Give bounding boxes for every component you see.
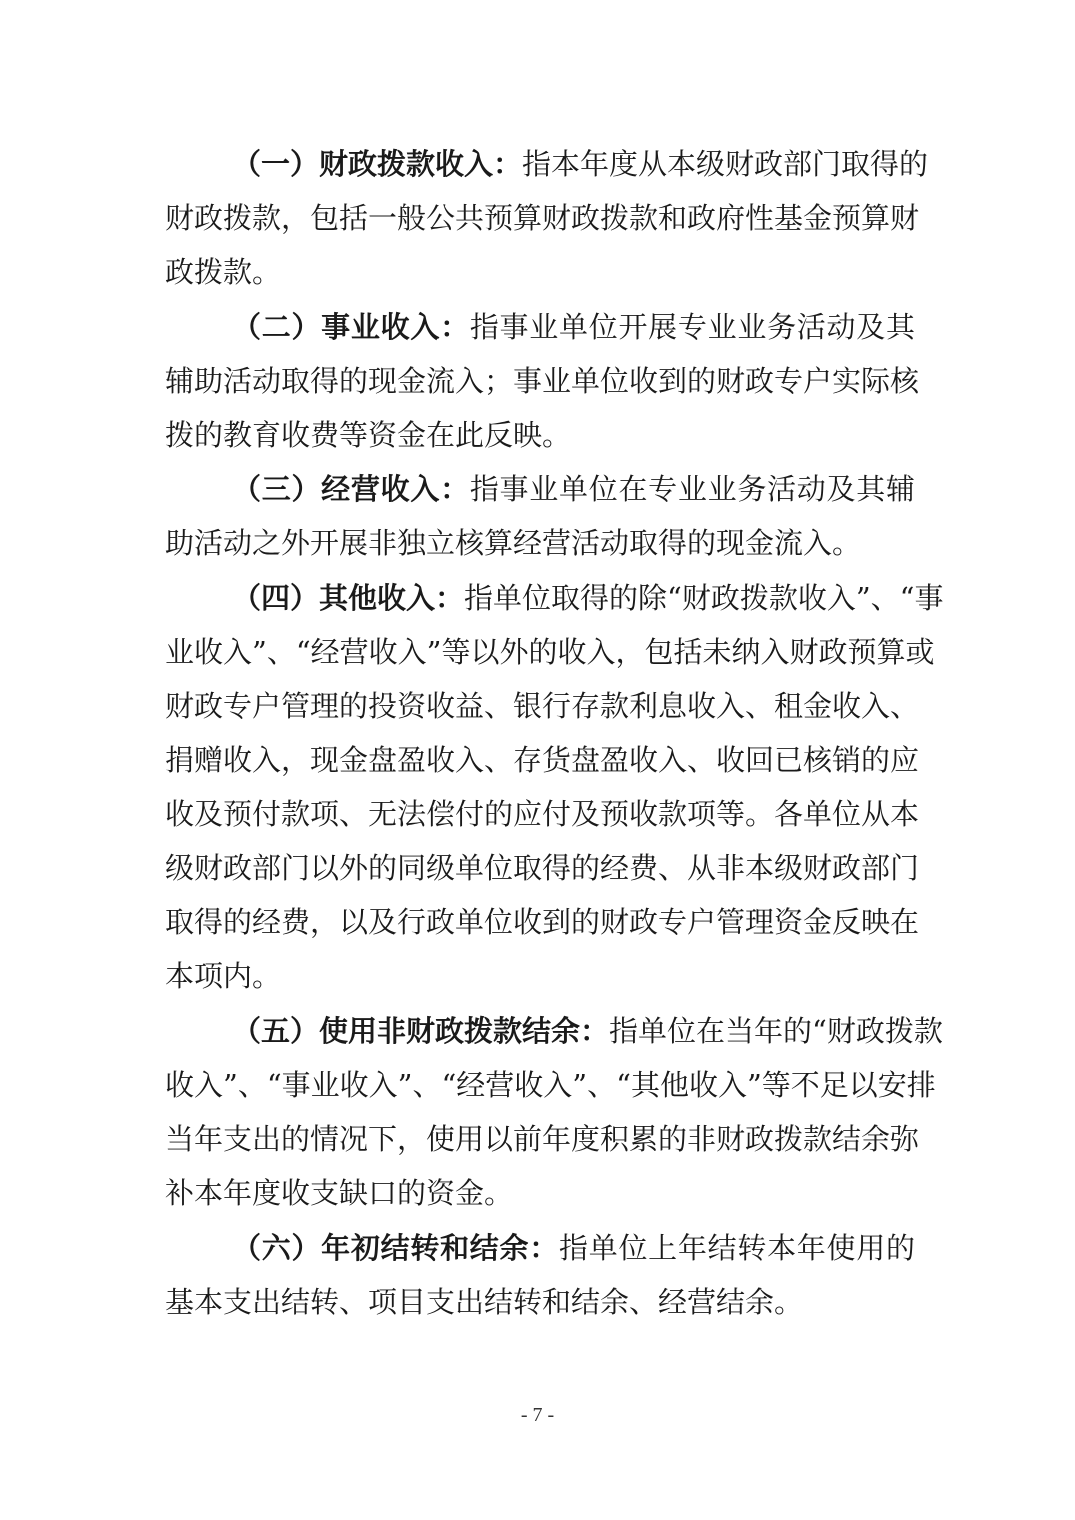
paragraph-text: 指单位取得的除“财政拨款收入”、“事: [464, 581, 943, 615]
paragraph-text: 指本年度从本级财政部门取得的: [522, 147, 928, 181]
paragraph-1-line-3: 政拨款。: [165, 250, 915, 294]
paragraph-3-line-2: 助活动之外开展非独立核算经营活动取得的现金流入。: [165, 521, 915, 565]
paragraph-5-heading: （五）使用非财政拨款结余：: [232, 1014, 609, 1048]
paragraph-4-line-3: 财政专户管理的投资收益、银行存款利息收入、租金收入、: [165, 684, 915, 728]
paragraph-5-line-1: （五）使用非财政拨款结余：指单位在当年的“财政拨款: [232, 1009, 915, 1053]
paragraph-text: 指单位在当年的“财政拨款: [609, 1014, 943, 1048]
paragraph-4-line-5: 收及预付款项、无法偿付的应付及预收款项等。各单位从本: [165, 792, 915, 836]
paragraph-4-line-6: 级财政部门以外的同级单位取得的经费、从非本级财政部门: [165, 846, 915, 890]
page-number: - 7 -: [0, 1404, 1075, 1427]
paragraph-4-heading: （四）其他收入：: [232, 581, 464, 615]
paragraph-3-line-1: （三）经营收入：指事业单位在专业业务活动及其辅: [232, 467, 915, 511]
paragraph-5-line-3: 当年支出的情况下，使用以前年度积累的非财政拨款结余弥: [165, 1117, 915, 1161]
paragraph-4-line-1: （四）其他收入：指单位取得的除“财政拨款收入”、“事: [232, 576, 915, 620]
paragraph-text: 指单位上年结转本年使用的: [559, 1231, 915, 1265]
paragraph-6-heading: （六）年初结转和结余：: [232, 1231, 559, 1265]
paragraph-1-heading: （一）财政拨款收入：: [232, 147, 522, 181]
paragraph-4-line-4: 捐赠收入，现金盘盈收入、存货盘盈收入、收回已核销的应: [165, 738, 915, 782]
document-page: （一）财政拨款收入：指本年度从本级财政部门取得的 财政拨款，包括一般公共预算财政…: [0, 0, 1075, 1520]
paragraph-2-heading: （二）事业收入：: [232, 310, 470, 344]
paragraph-2-line-2: 辅助活动取得的现金流入；事业单位收到的财政专户实际核: [165, 359, 915, 403]
paragraph-1-line-1: （一）财政拨款收入：指本年度从本级财政部门取得的: [232, 142, 915, 186]
paragraph-6-line-2: 基本支出结转、项目支出结转和结余、经营结余。: [165, 1280, 915, 1324]
paragraph-4-line-7: 取得的经费，以及行政单位收到的财政专户管理资金反映在: [165, 900, 915, 944]
paragraph-4-line-2: 业收入”、“经营收入”等以外的收入，包括未纳入财政预算或: [165, 630, 915, 674]
paragraph-5-line-4: 补本年度收支缺口的资金。: [165, 1171, 915, 1215]
paragraph-text: 指事业单位开展专业业务活动及其: [470, 310, 915, 344]
paragraph-3-heading: （三）经营收入：: [232, 472, 470, 506]
paragraph-5-line-2: 收入”、“事业收入”、“经营收入”、“其他收入”等不足以安排: [165, 1063, 915, 1107]
paragraph-2-line-1: （二）事业收入：指事业单位开展专业业务活动及其: [232, 305, 915, 349]
paragraph-text: 指事业单位在专业业务活动及其辅: [470, 472, 915, 506]
paragraph-4-line-8: 本项内。: [165, 954, 915, 998]
paragraph-2-line-3: 拨的教育收费等资金在此反映。: [165, 413, 915, 457]
paragraph-6-line-1: （六）年初结转和结余：指单位上年结转本年使用的: [232, 1226, 915, 1270]
paragraph-1-line-2: 财政拨款，包括一般公共预算财政拨款和政府性基金预算财: [165, 196, 915, 240]
